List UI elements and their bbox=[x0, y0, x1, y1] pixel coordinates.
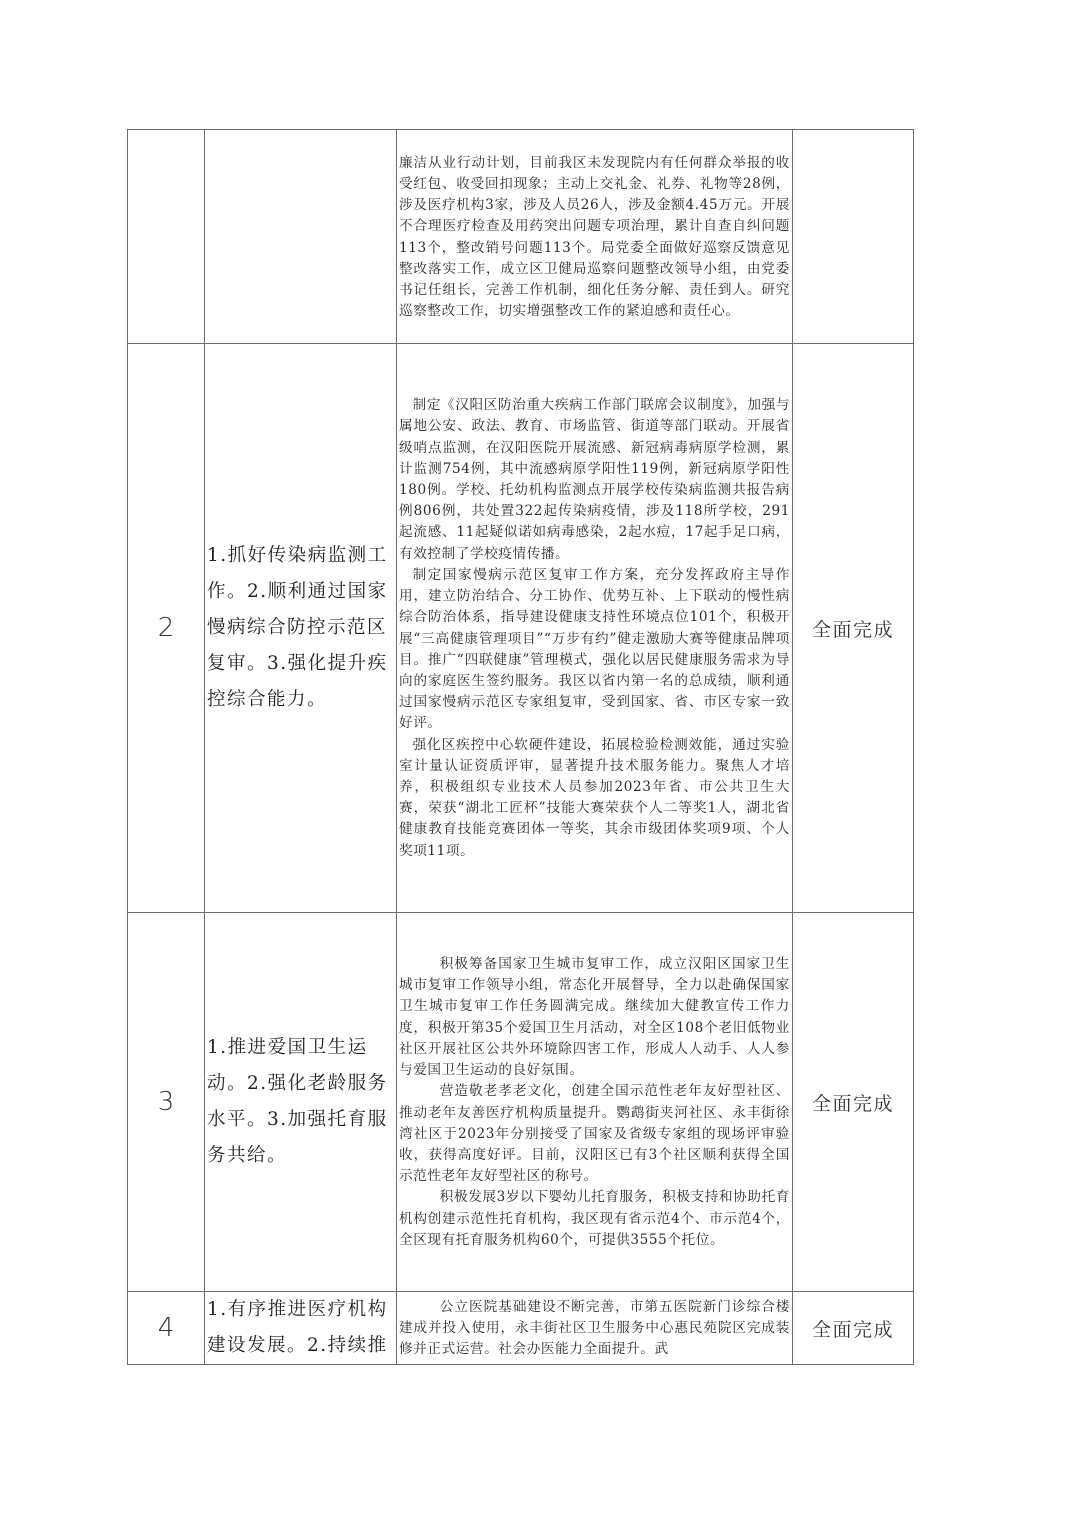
table-row: 3 1.推进爱国卫生运动。2.强化老龄服务水平。3.加强托育服务共给。 积极筹备… bbox=[128, 913, 914, 1292]
task-description: 1.推进爱国卫生运动。2.强化老龄服务水平。3.加强托育服务共给。 bbox=[205, 913, 397, 1292]
detail-paragraph: 廉洁从业行动计划，目前我区未发现院内有任何群众举报的收受红包、收受回扣现象；主动… bbox=[399, 153, 790, 323]
completion-status: 全面完成 bbox=[793, 1292, 914, 1365]
work-progress-table: 廉洁从业行动计划，目前我区未发现院内有任何群众举报的收受红包、收受回扣现象；主动… bbox=[127, 129, 914, 1365]
table-row: 廉洁从业行动计划，目前我区未发现院内有任何群众举报的收受红包、收受回扣现象；主动… bbox=[128, 130, 914, 344]
task-description bbox=[205, 130, 397, 344]
detail-paragraph: 制定《汉阳区防治重大疾病工作部门联席会议制度》，加强与属地公安、政法、教育、市场… bbox=[399, 395, 790, 565]
progress-details: 公立医院基础建设不断完善，市第五医院新门诊综合楼建成并投入使用，永丰街社区卫生服… bbox=[397, 1292, 793, 1365]
row-number: 2 bbox=[128, 344, 205, 913]
document-page: 廉洁从业行动计划，目前我区未发现院内有任何群众举报的收受红包、收受回扣现象；主动… bbox=[0, 0, 1074, 1520]
detail-paragraph: 强化区疾控中心软硬件建设，拓展检验检测效能，通过实验室计量认证资质评审，显著提升… bbox=[399, 735, 790, 862]
row-number bbox=[128, 130, 205, 344]
completion-status: 全面完成 bbox=[793, 344, 914, 913]
completion-status: 全面完成 bbox=[793, 913, 914, 1292]
progress-details: 制定《汉阳区防治重大疾病工作部门联席会议制度》，加强与属地公安、政法、教育、市场… bbox=[397, 344, 793, 913]
progress-details: 廉洁从业行动计划，目前我区未发现院内有任何群众举报的收受红包、收受回扣现象；主动… bbox=[397, 130, 793, 344]
table-row: 4 1.有序推进医疗机构建设发展。2.持续推 公立医院基础建设不断完善，市第五医… bbox=[128, 1292, 914, 1365]
task-description: 1.有序推进医疗机构建设发展。2.持续推 bbox=[205, 1292, 397, 1365]
row-number: 3 bbox=[128, 913, 205, 1292]
detail-paragraph: 营造敬老孝老文化，创建全国示范性老年友好型社区、推动老年友善医疗机构质量提升。鹦… bbox=[399, 1081, 790, 1187]
task-description: 1.抓好传染病监测工作。2.顺利通过国家慢病综合防控示范区复审。3.强化提升疾控… bbox=[205, 344, 397, 913]
completion-status bbox=[793, 130, 914, 344]
detail-paragraph: 积极发展3岁以下婴幼儿托育服务，积极支持和协助托育机构创建示范性托育机构，我区现… bbox=[399, 1187, 790, 1251]
progress-details: 积极筹备国家卫生城市复审工作，成立汉阳区国家卫生城市复审工作领导小组，常态化开展… bbox=[397, 913, 793, 1292]
row-number: 4 bbox=[128, 1292, 205, 1365]
detail-paragraph: 公立医院基础建设不断完善，市第五医院新门诊综合楼建成并投入使用，永丰街社区卫生服… bbox=[399, 1297, 790, 1361]
table-row: 2 1.抓好传染病监测工作。2.顺利通过国家慢病综合防控示范区复审。3.强化提升… bbox=[128, 344, 914, 913]
detail-paragraph: 制定国家慢病示范区复审工作方案，充分发挥政府主导作用，建立防治结合、分工协作、优… bbox=[399, 565, 790, 735]
detail-paragraph: 积极筹备国家卫生城市复审工作，成立汉阳区国家卫生城市复审工作领导小组，常态化开展… bbox=[399, 954, 790, 1081]
